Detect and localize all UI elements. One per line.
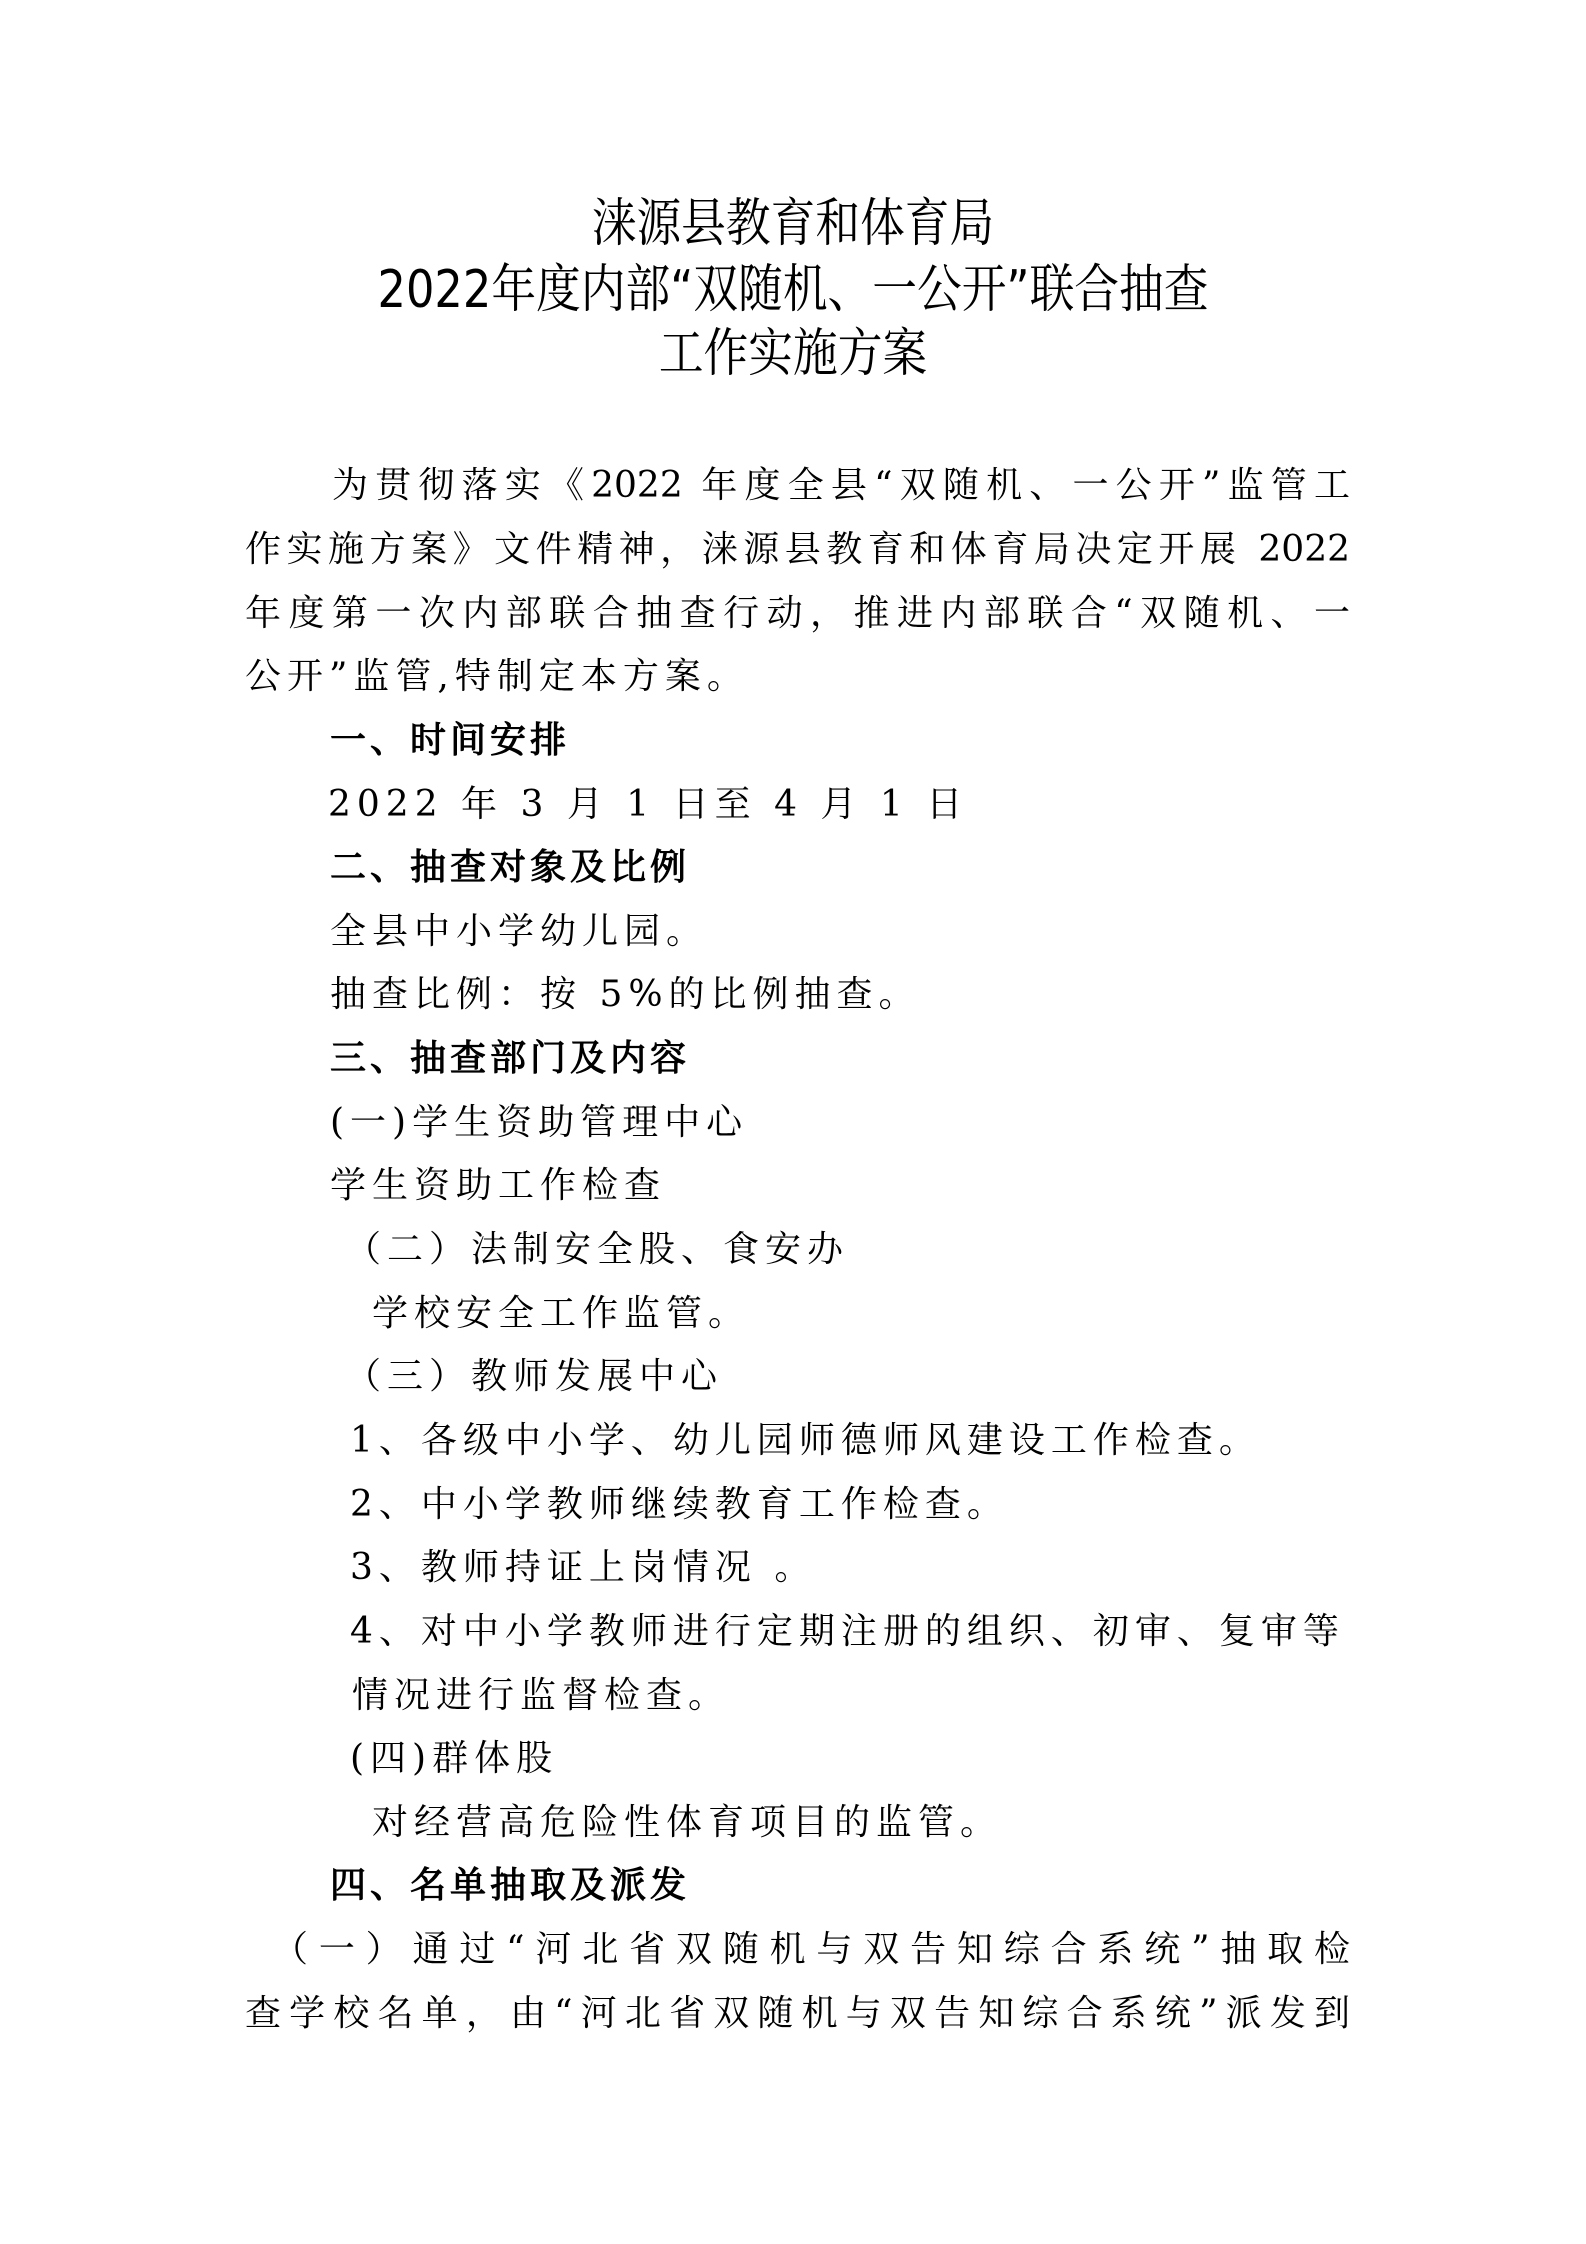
section-3-sub-2-text: 学校安全工作监管。 — [372, 1292, 750, 1336]
section-3-sub-3-item-3: 3、教师持证上岗情况 。 — [350, 1546, 816, 1590]
section-2-heading: 二、抽查对象及比例 — [330, 846, 690, 890]
section-1-heading: 一、时间安排 — [330, 719, 570, 763]
section-2-text-1: 全县中小学幼儿园。 — [330, 910, 708, 954]
section-3-sub-3: （三）教师发展中心 — [345, 1355, 723, 1399]
section-3-sub-2: （二）法制安全股、食安办 — [345, 1228, 849, 1272]
section-3-sub-4-text: 对经营高危险性体育项目的监管。 — [372, 1801, 1002, 1845]
title-line-1: 涞源县教育和体育局 — [111, 192, 1475, 256]
section-4-text-1: （一）通过“河北省双随机与双告知综合系统”抽取检 — [272, 1928, 1350, 1972]
intro-line-2: 作实施方案》文件精神，涞源县教育和体育局决定开展 2022 — [245, 528, 1350, 572]
section-3-sub-1: (一)学生资助管理中心 — [330, 1101, 748, 1145]
section-2-text-2: 抽查比例：按 5%的比例抽查。 — [330, 973, 921, 1017]
intro-line-3: 年度第一次内部联合抽查行动，推进内部联合“双随机、一 — [245, 592, 1350, 636]
section-3-sub-3-item-4-cont: 情况进行监督检查。 — [352, 1674, 730, 1718]
section-3-sub-1-text: 学生资助工作检查 — [330, 1164, 666, 1208]
section-3-sub-4: (四)群体股 — [350, 1737, 558, 1781]
section-3-sub-3-item-4: 4、对中小学教师进行定期注册的组织、初审、复审等 — [350, 1610, 1345, 1654]
title-line-2: 2022年度内部“双随机、一公开”联合抽查 — [111, 258, 1475, 322]
section-3-heading: 三、抽查部门及内容 — [330, 1037, 690, 1081]
title-line-3: 工作实施方案 — [111, 322, 1475, 386]
section-1-text: 2022 年 3 月 1 日至 4 月 1 日 — [328, 783, 968, 827]
intro-line-1: 为贯彻落实《2022 年度全县“双随机、一公开”监管工 — [332, 464, 1350, 508]
intro-line-4: 公开”监管,特制定本方案。 — [245, 655, 749, 699]
section-3-sub-3-item-2: 2、中小学教师继续教育工作检查。 — [350, 1483, 1009, 1527]
section-4-text-2: 查学校名单，由“河北省双随机与双告知综合系统”派发到 — [245, 1992, 1350, 2036]
section-3-sub-3-item-1: 1、各级中小学、幼儿园师德师风建设工作检查。 — [350, 1419, 1261, 1463]
section-4-heading: 四、名单抽取及派发 — [330, 1864, 690, 1908]
